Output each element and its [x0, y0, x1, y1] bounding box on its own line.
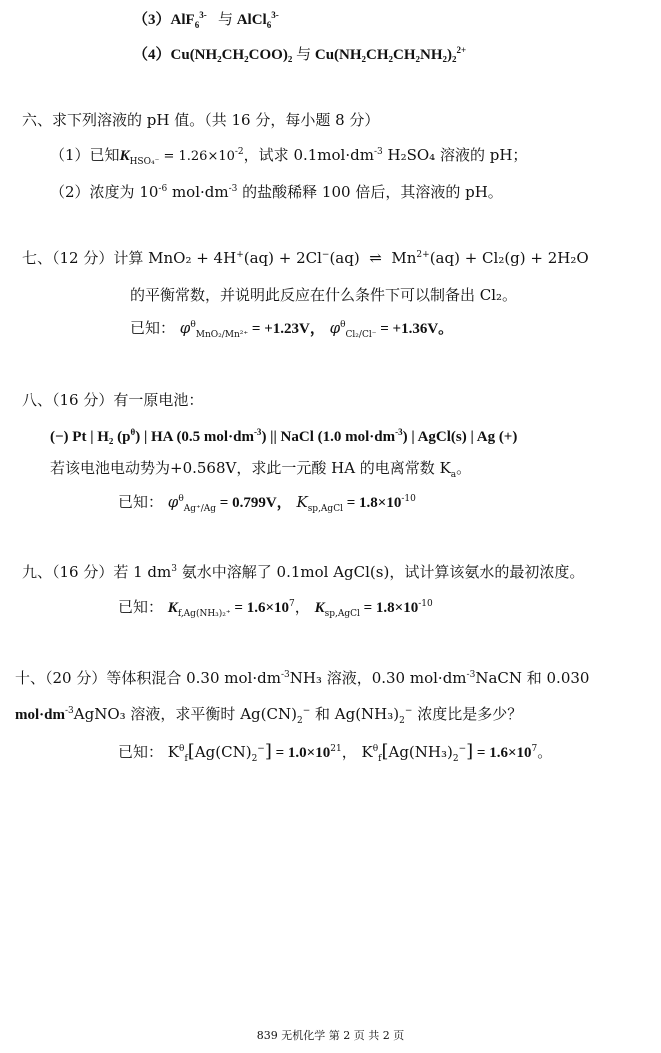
- section-8-title: 八、（16 分）有一原电池：: [22, 390, 203, 410]
- text: 和 Ag(NH₃): [310, 705, 399, 723]
- value: = 1.8×10: [343, 495, 401, 511]
- superscript: +: [236, 250, 244, 260]
- text: (aq) + Cl₂(g) + 2H₂O: [430, 249, 589, 267]
- text: 氨水中溶解了 0.1mol AgCl(s)，试计算该氨水的最初浓度。: [177, 563, 584, 581]
- value: = 1.6×10: [231, 600, 289, 616]
- text: 浓度为 10: [90, 183, 159, 201]
- text: mol·dm: [15, 707, 65, 723]
- superscript: -10: [418, 599, 433, 609]
- theta-superscript: θ: [340, 320, 345, 330]
- theta-superscript: θ: [179, 744, 184, 754]
- text: 十、（20 分）等体积混合 0.30 mol·dm: [15, 669, 281, 687]
- item-4: （4）Cu(NH₂CH₂COO)₂ 与 Cu(NH₂CH₂CH₂NH₂)₂2+: [133, 45, 466, 65]
- text: 。: [537, 743, 552, 761]
- section-8-cell: (−) Pt | H₂ (pθ) | HA (0.5 mol·dm-3) || …: [50, 427, 517, 447]
- subscript: 6: [195, 20, 200, 30]
- known-label: 已知：: [130, 319, 175, 337]
- subscript: 2: [297, 716, 303, 726]
- section-6-q2: （2）浓度为 10-6 mol·dm-3 的盐酸稀释 100 倍后，其溶液的 p…: [50, 182, 503, 202]
- text: (−) Pt | H₂ (p: [50, 429, 131, 445]
- text: 若该电池电动势为+0.568V，求此一元酸 HA 的电离常数 K: [50, 459, 451, 477]
- subscript: sp,AgCl: [325, 609, 360, 619]
- text: Mn: [391, 249, 416, 267]
- subscript: Ag⁺/Ag: [184, 504, 216, 514]
- superscript: -2: [235, 147, 244, 157]
- theta-superscript: θ: [373, 744, 378, 754]
- value: = 1.6×10: [473, 745, 531, 761]
- text: 的盐酸稀释 100 倍后，其溶液的 pH。: [237, 183, 502, 201]
- subscript: 2: [399, 716, 405, 726]
- subscript: sp,AgCl: [308, 504, 343, 514]
- text: AgNO₃ 溶液，求平衡时 Ag(CN): [74, 705, 297, 723]
- text: mol·dm: [167, 183, 228, 201]
- known-label: 已知：: [118, 743, 163, 761]
- k-symbol: K: [315, 600, 325, 616]
- formula: AlCl: [237, 12, 267, 28]
- value: = +1.36V。: [376, 321, 453, 337]
- superscript: -3: [281, 670, 290, 680]
- superscript: -3: [467, 670, 476, 680]
- k-symbol: K: [296, 493, 307, 511]
- item-label: （3）: [133, 12, 171, 28]
- superscript: 3-: [271, 10, 279, 20]
- theta-superscript: θ: [178, 494, 183, 504]
- text: ) | HA (0.5 mol·dm: [135, 429, 254, 445]
- value: = +1.23V，: [248, 321, 325, 337]
- text: 已知: [90, 146, 120, 164]
- text: ，试求 0.1mol·dm: [244, 146, 374, 164]
- conjunction: 与: [296, 47, 311, 63]
- superscript: 2+: [416, 250, 429, 260]
- text: 浓度比是多少？: [412, 705, 522, 723]
- superscript: 2+: [457, 45, 467, 55]
- subscript: 6: [267, 20, 272, 30]
- item-3: （3）AlF63- 与 AlCl63-: [133, 10, 279, 30]
- superscript: -6: [158, 184, 167, 194]
- section-7-line2: 的平衡常数，并说明此反应在什么条件下可以制备出 Cl₂。: [130, 285, 517, 305]
- text: NH₃ 溶液，0.30 mol·dm: [290, 669, 467, 687]
- subscript: Cl₂/Cl⁻: [346, 330, 377, 340]
- subscript: f,Ag(NH₃)₂⁺: [178, 609, 231, 619]
- text: NaCN 和 0.030: [475, 669, 589, 687]
- text: H₂SO₄ 溶液的 pH；: [383, 146, 528, 164]
- text: 九、（16 分）若 1 dm: [22, 563, 171, 581]
- subscript: MnO₂/Mn²⁺: [196, 330, 248, 340]
- section-7-equation: 七、（12 分）计算 MnO₂ + 4H+(aq) + 2Cl−(aq) ⇌ M…: [22, 248, 589, 268]
- text: ) | AgCl(s) | Ag (+): [403, 429, 518, 445]
- separator: ，: [295, 598, 310, 616]
- section-7-known: 已知： φθMnO₂/Mn²⁺ = +1.23V， φθCl₂/Cl⁻ = +1…: [130, 318, 453, 339]
- superscript: −: [257, 744, 265, 754]
- superscript: -3: [65, 706, 74, 716]
- formula: AlF: [171, 12, 195, 28]
- k-symbol: K: [168, 600, 178, 616]
- superscript: -3: [374, 147, 383, 157]
- value: = 1.26×10: [159, 149, 235, 164]
- phi-symbol: φ: [180, 319, 191, 337]
- theta-superscript: θ: [190, 320, 195, 330]
- superscript: 21: [330, 744, 341, 754]
- item-label: （2）: [50, 183, 90, 201]
- formula: Cu(NH₂CH₂CH₂NH₂)₂: [315, 47, 457, 63]
- superscript: 3-: [199, 10, 207, 20]
- value: = 1.8×10: [360, 600, 418, 616]
- value: = 1.0×10: [272, 745, 330, 761]
- item-label: （4）: [133, 47, 171, 63]
- known-label: 已知：: [118, 493, 163, 511]
- k-symbol: K: [168, 743, 179, 761]
- section-6-q1: （1）已知KHSO₄⁻ = 1.26×10-2，试求 0.1mol·dm-3 H…: [50, 145, 527, 167]
- superscript: -3: [395, 427, 403, 437]
- phi-symbol: φ: [168, 493, 179, 511]
- section-9-known: 已知： Kf,Ag(NH₃)₂⁺ = 1.6×107， Ksp,AgCl = 1…: [118, 597, 433, 618]
- item-label: （1）: [50, 146, 90, 164]
- text: (aq): [329, 249, 359, 267]
- subscript: 2: [453, 754, 459, 764]
- conjunction: 与: [218, 12, 233, 28]
- formula: Cu(NH₂CH₂COO)₂: [171, 47, 293, 63]
- left-bracket: [: [381, 741, 388, 762]
- text: 。: [456, 459, 471, 477]
- superscript: -10: [401, 494, 416, 504]
- section-8-question: 若该电池电动势为+0.568V，求此一元酸 HA 的电离常数 Ka。: [50, 458, 471, 478]
- equilibrium-arrow-icon: ⇌: [369, 249, 382, 267]
- value: = 0.799V，: [216, 495, 292, 511]
- section-8-known: 已知： φθAg⁺/Ag = 0.799V， Ksp,AgCl = 1.8×10…: [118, 492, 416, 513]
- separator: ，: [342, 743, 357, 761]
- left-bracket: [: [188, 741, 195, 762]
- page-footer: 839 无机化学 第 2 页 共 2 页: [0, 1027, 661, 1043]
- text: 七、（12 分）计算 MnO₂ + 4H: [22, 249, 236, 267]
- text: ) || NaCl (1.0 mol·dm: [261, 429, 395, 445]
- text: (aq) + 2Cl: [244, 249, 322, 267]
- superscript: −: [459, 744, 467, 754]
- k-symbol: K: [361, 743, 372, 761]
- subscript: HSO₄⁻: [130, 157, 160, 167]
- species: Ag(CN): [195, 743, 252, 761]
- section-10-line2: mol·dm-3AgNO₃ 溶液，求平衡时 Ag(CN)2− 和 Ag(NH₃)…: [15, 704, 522, 725]
- subscript: 2: [252, 754, 258, 764]
- phi-symbol: φ: [330, 319, 341, 337]
- right-bracket: ]: [265, 741, 272, 762]
- section-10-line1: 十、（20 分）等体积混合 0.30 mol·dm-3NH₃ 溶液，0.30 m…: [15, 668, 589, 688]
- section-6-title: 六、求下列溶液的 pH 值。（共 16 分，每小题 8 分）: [22, 110, 379, 130]
- k-symbol: K: [120, 148, 130, 164]
- species: Ag(NH₃): [389, 743, 453, 761]
- section-10-known: 已知： Kθf[Ag(CN)2−] = 1.0×1021， Kθf[Ag(NH₃…: [118, 742, 552, 763]
- section-9-question: 九、（16 分）若 1 dm3 氨水中溶解了 0.1mol AgCl(s)，试计…: [22, 562, 584, 582]
- known-label: 已知：: [118, 598, 163, 616]
